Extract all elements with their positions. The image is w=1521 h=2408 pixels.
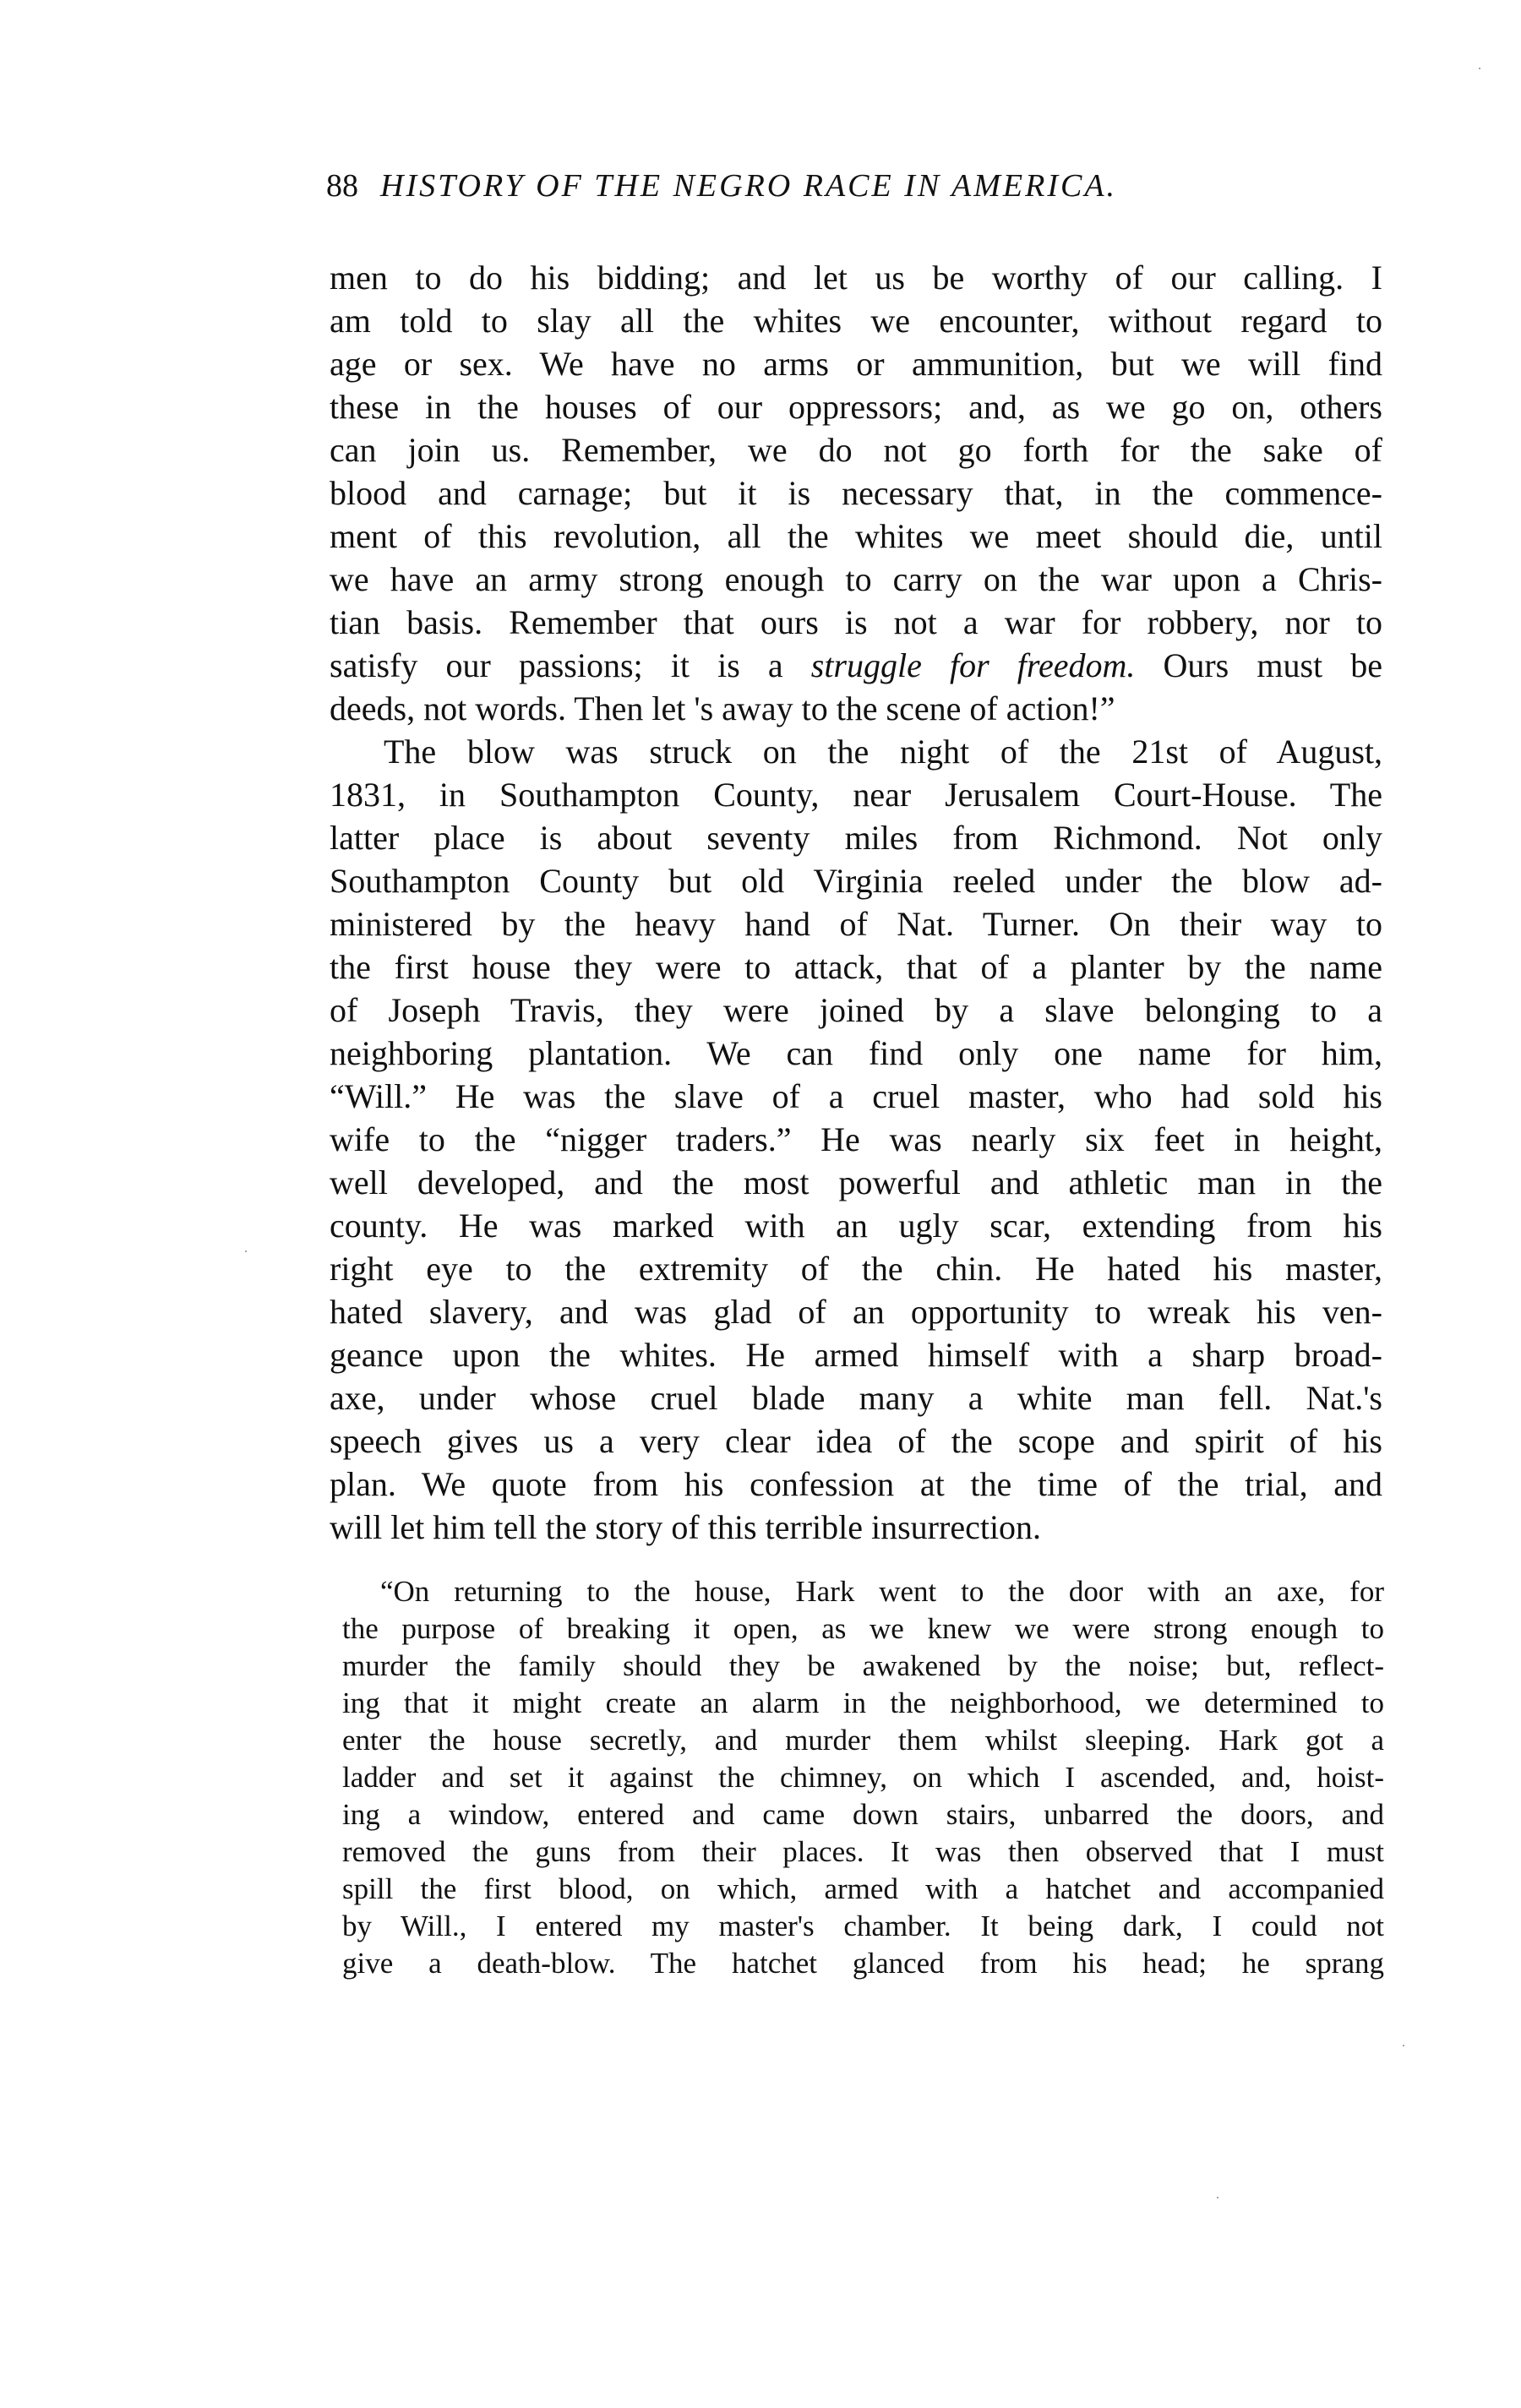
text-line: well developed, and the most powerful an…: [330, 1161, 1382, 1204]
text-line-with-italic: satisfy our passions; it is a struggle f…: [330, 644, 1382, 687]
text-line: tian basis. Remember that ours is not a …: [330, 601, 1382, 644]
quote-line: spill the first blood, on which, armed w…: [342, 1871, 1384, 1908]
scan-speck: [1479, 68, 1480, 69]
text-line: axe, under whose cruel blade many a whit…: [330, 1376, 1382, 1419]
scan-speck: [1403, 2045, 1404, 2046]
quote-line: murder the family should they be awakene…: [342, 1648, 1384, 1685]
text-line: “Will.” He was the slave of a cruel mast…: [330, 1075, 1382, 1118]
text-line: latter place is about seventy miles from…: [330, 816, 1382, 859]
running-head: 88HISTORY OF THE NEGRO RACE IN AMERICA.: [326, 167, 1315, 204]
text-line: right eye to the extremity of the chin. …: [330, 1247, 1382, 1290]
text-line: ministered by the heavy hand of Nat. Tur…: [330, 902, 1382, 945]
text-line: 1831, in Southampton County, near Jerusa…: [330, 773, 1382, 816]
text-line: men to do his bidding; and let us be wor…: [330, 256, 1382, 299]
text-fragment: satisfy our passions; it is a: [330, 646, 811, 684]
text-line: will let him tell the story of this terr…: [330, 1506, 1382, 1549]
italic-emphasis: struggle for freedom.: [811, 646, 1136, 684]
quote-line: “On returning to the house, Hark went to…: [342, 1573, 1384, 1610]
text-line: age or sex. We have no arms or ammunitio…: [330, 342, 1382, 385]
paragraph-start-line: The blow was struck on the night of the …: [330, 730, 1382, 773]
quote-line: the purpose of breaking it open, as we k…: [342, 1610, 1384, 1648]
running-head-title: HISTORY OF THE NEGRO RACE IN AMERICA.: [380, 168, 1117, 204]
text-line: wife to the “nigger traders.” He was nea…: [330, 1118, 1382, 1161]
main-text: men to do his bidding; and let us be wor…: [330, 256, 1382, 1549]
quote-line: removed the guns from their places. It w…: [342, 1833, 1384, 1871]
text-line: county. He was marked with an ugly scar,…: [330, 1204, 1382, 1247]
text-line: speech gives us a very clear idea of the…: [330, 1419, 1382, 1463]
block-quote: “On returning to the house, Hark went to…: [342, 1573, 1384, 1982]
quote-line: ladder and set it against the chimney, o…: [342, 1759, 1384, 1796]
quote-line: ing a window, entered and came down stai…: [342, 1796, 1384, 1833]
text-line: geance upon the whites. He armed himself…: [330, 1333, 1382, 1376]
text-line: of Joseph Travis, they were joined by a …: [330, 989, 1382, 1032]
quote-line: enter the house secretly, and murder the…: [342, 1722, 1384, 1759]
scan-speck: [245, 1250, 247, 1252]
scan-speck: [1217, 2197, 1218, 2198]
text-line: blood and carnage; but it is necessary t…: [330, 471, 1382, 515]
text-line: am told to slay all the whites we encoun…: [330, 299, 1382, 342]
text-line: deeds, not words. Then let 's away to th…: [330, 687, 1382, 730]
quote-line: ing that it might create an alarm in the…: [342, 1685, 1384, 1722]
text-line: we have an army strong enough to carry o…: [330, 558, 1382, 601]
text-line: the first house they were to attack, tha…: [330, 945, 1382, 989]
quote-line: give a death-blow. The hatchet glanced f…: [342, 1945, 1384, 1982]
text-line: hated slavery, and was glad of an opport…: [330, 1290, 1382, 1333]
text-fragment: Ours must be: [1135, 646, 1382, 684]
text-line: Southampton County but old Virginia reel…: [330, 859, 1382, 902]
quote-line: by Will., I entered my master's chamber.…: [342, 1908, 1384, 1945]
text-line: can join us. Remember, we do not go fort…: [330, 428, 1382, 471]
text-line: ment of this revolution, all the whites …: [330, 515, 1382, 558]
text-line: neighboring plantation. We can find only…: [330, 1032, 1382, 1075]
book-page: 88HISTORY OF THE NEGRO RACE IN AMERICA. …: [0, 0, 1521, 2408]
text-line: these in the houses of our oppressors; a…: [330, 385, 1382, 428]
text-line: plan. We quote from his confession at th…: [330, 1463, 1382, 1506]
page-number: 88: [326, 167, 358, 204]
